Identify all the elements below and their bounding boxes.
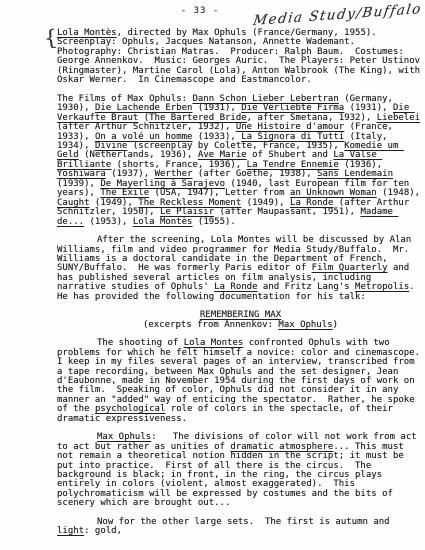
underlined-text: Max Ophuls — [278, 320, 332, 330]
underlined-text: light — [57, 526, 84, 536]
closing-paragraph: Now for the other large sets. The first … — [57, 518, 424, 537]
section-subheading: (excerpts from Annenkov: Max Ophuls) — [57, 321, 424, 330]
shooting-paragraph: The shooting of Lola Montes confronted O… — [57, 339, 424, 424]
text-run: (1955). — [192, 217, 235, 227]
text-run: (after Maupassant, 1951), — [214, 207, 360, 217]
filmography-paragraph: The Films of Max Ophuls: Dann Schon Lieb… — [57, 95, 424, 227]
speaker-paragraph: After the screening, Lola Montes will be… — [57, 236, 424, 302]
scanned-page: - 33 - Media Study/Buffalo { Lola Montès… — [0, 0, 425, 550]
text-run: (excerpts from Annenkov: — [143, 320, 278, 330]
text-run: ) — [333, 320, 338, 330]
text-run: confronted Ophuls with two problems for … — [57, 338, 425, 414]
text-run: : gold, — [84, 526, 122, 536]
underlined-text: Lola Montès — [133, 217, 193, 227]
text-run: , directed by Max Ophuls (France/Germany… — [57, 28, 425, 85]
ophuls-quote-paragraph: Max Ophuls: The divisions of color will … — [57, 433, 424, 509]
text-run: (1953), — [84, 217, 133, 227]
text-run: ... This must not remain a theoretical n… — [57, 442, 409, 509]
credits-paragraph: Lola Montès, directed by Max Ophuls (Fra… — [57, 29, 424, 86]
document-body: Lola Montès, directed by Max Ophuls (Fra… — [57, 29, 424, 537]
text-run: Now for the other large sets. The first … — [97, 517, 395, 527]
